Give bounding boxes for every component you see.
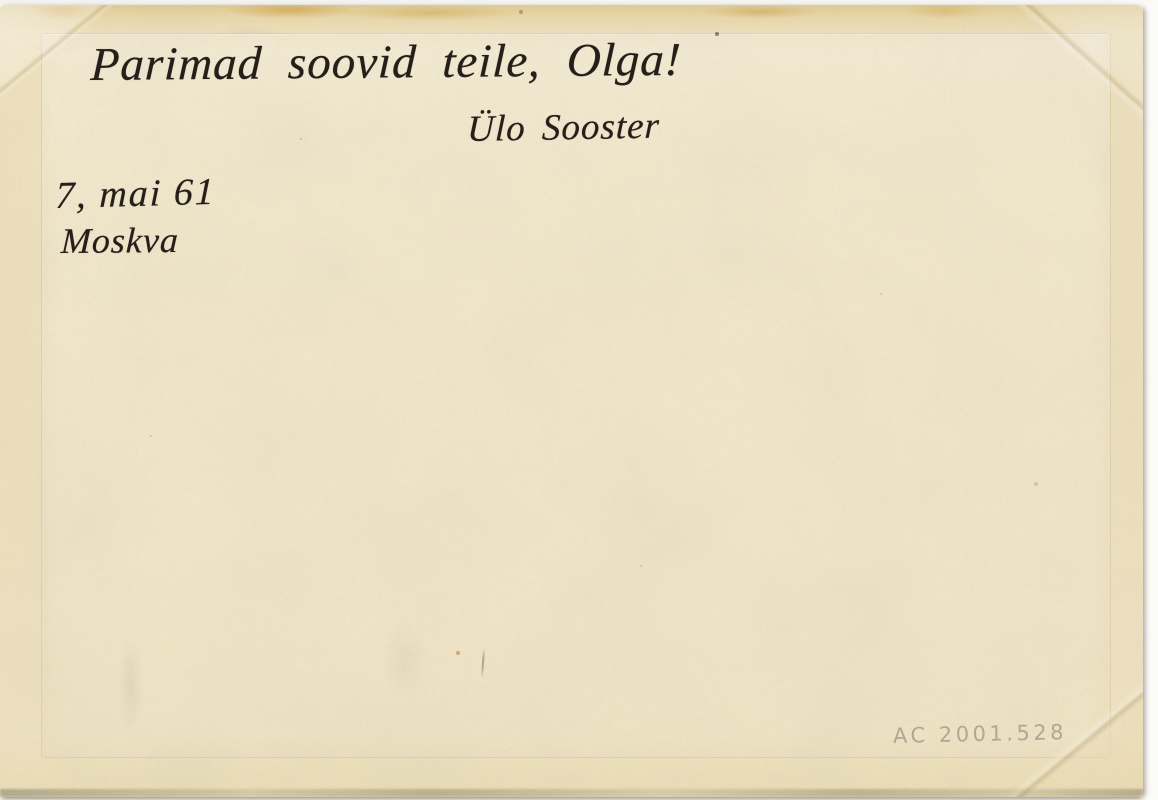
smudge-left-edge (108, 605, 153, 765)
smudge-bottom-edge (0, 789, 1143, 797)
postcard-back: Parimad soovid teile, Olga! Ülo Sooster … (0, 5, 1143, 797)
corner-crease-top-right (1018, 5, 1143, 117)
smudge-lower-middle (360, 585, 450, 735)
handwritten-date: 7, mai 61 (55, 170, 217, 218)
handwritten-signature: Ülo Sooster (466, 105, 660, 151)
scan-background: Parimad soovid teile, Olga! Ülo Sooster … (0, 0, 1158, 800)
handwritten-place: Moskva (60, 219, 180, 262)
paper-specks (0, 5, 2, 7)
handwritten-greeting: Parimad soovid teile, Olga! (90, 33, 683, 92)
catalog-number: AC 2001.528 (893, 720, 1068, 748)
